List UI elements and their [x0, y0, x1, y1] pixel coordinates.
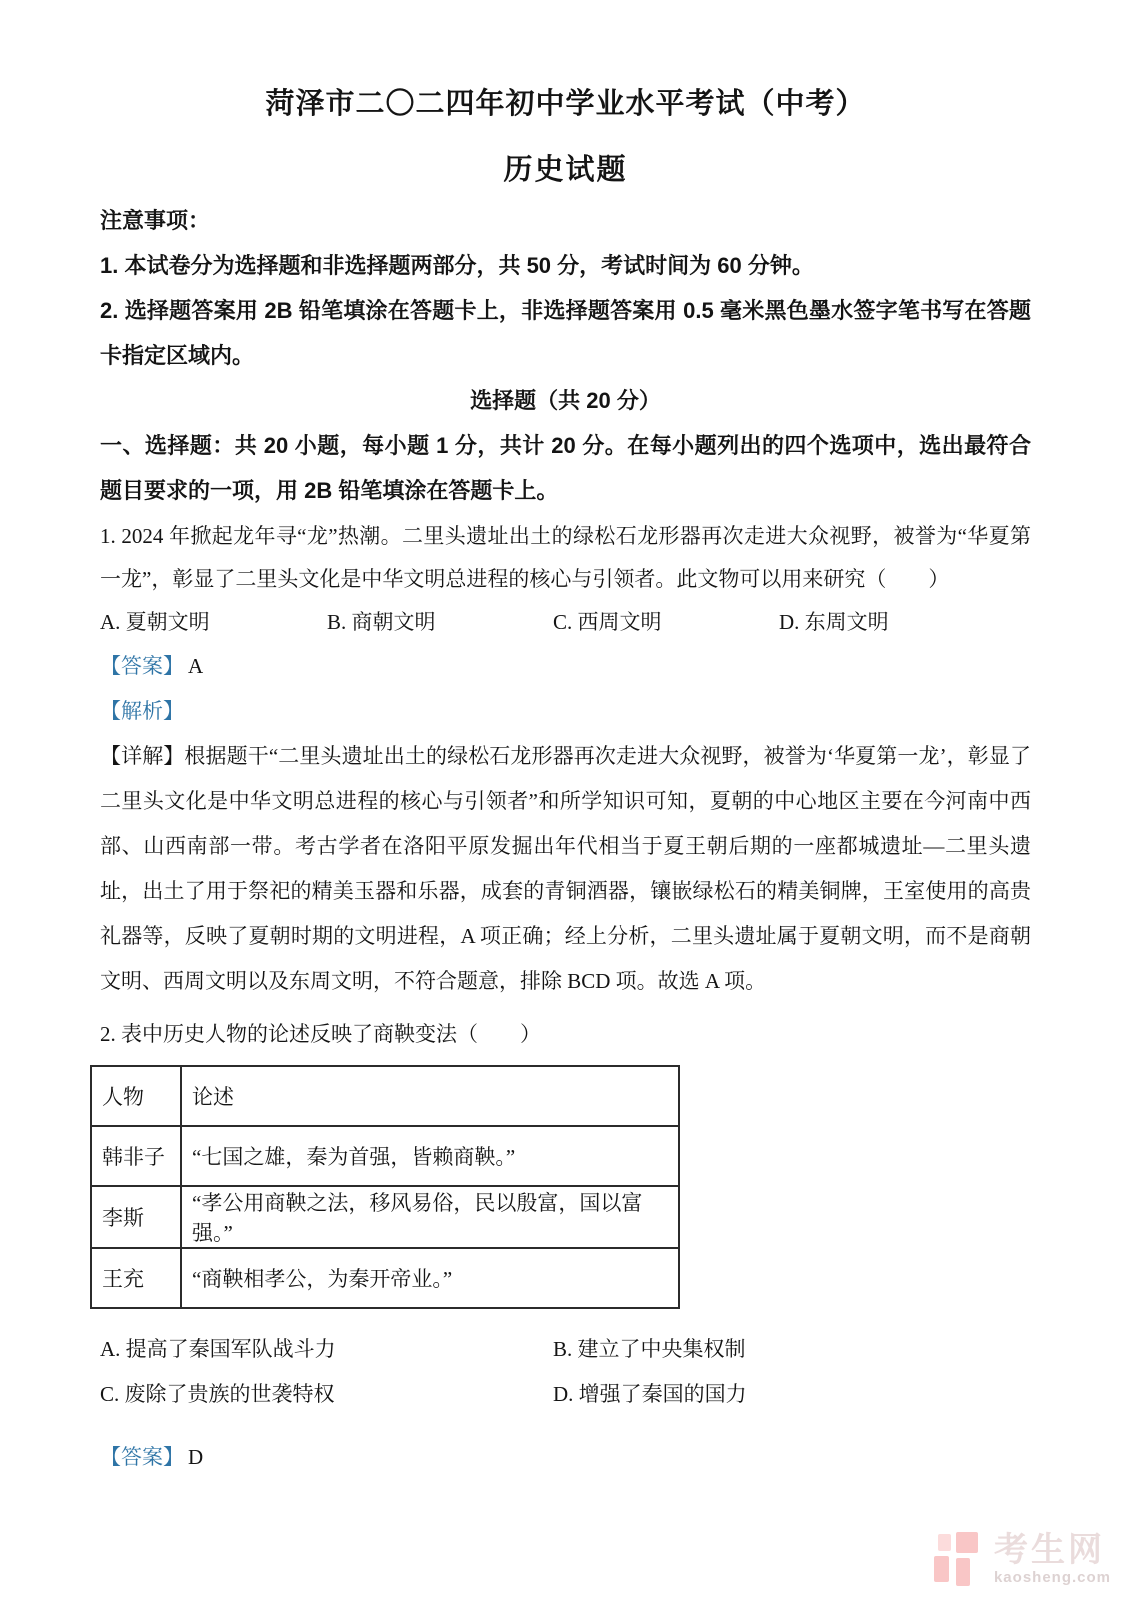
section-heading: 选择题（共 20 分）: [100, 378, 1031, 423]
question-1: 1. 2024 年掀起龙年寻“龙”热潮。二里头遗址出土的绿松石龙形器再次走进大众…: [100, 515, 1031, 1004]
table-row: 韩非子 “七国之雄，秦为首强，皆赖商鞅。”: [91, 1126, 679, 1186]
notice-item-2: 2. 选择题答案用 2B 铅笔填涂在答题卡上，非选择题答案用 0.5 毫米黑色墨…: [100, 288, 1031, 378]
table-cell-statement: “商鞅相孝公，为秦开帝业。”: [181, 1248, 679, 1308]
document-content: 菏泽市二〇二四年初中学业水平考试（中考） 历史试题 注意事项： 1. 本试卷分为…: [0, 0, 1131, 1480]
watermark-site-domain: kaosheng.com: [994, 1570, 1111, 1586]
notice-item-1: 1. 本试卷分为选择题和非选择题两部分，共 50 分，考试时间为 60 分钟。: [100, 243, 1031, 288]
site-watermark: 考生网 kaosheng.com: [934, 1532, 1111, 1586]
notice-heading: 注意事项：: [100, 198, 1031, 243]
exam-document-page: 菏泽市二〇二四年初中学业水平考试（中考） 历史试题 注意事项： 1. 本试卷分为…: [0, 0, 1131, 1600]
table-header-person: 人物: [91, 1066, 181, 1126]
table-row: 王充 “商鞅相孝公，为秦开帝业。”: [91, 1248, 679, 1308]
detail-tag: 【详解】: [100, 744, 184, 768]
exam-title: 菏泽市二〇二四年初中学业水平考试（中考）: [100, 86, 1031, 122]
question-2-option-d: D. 增强了秦国的国力: [553, 1372, 1031, 1417]
exam-subtitle: 历史试题: [100, 152, 1031, 188]
question-2-option-a: A. 提高了秦国军队战斗力: [100, 1327, 553, 1372]
question-1-options: A. 夏朝文明 B. 商朝文明 C. 西周文明 D. 东周文明: [100, 601, 1031, 644]
question-2: 2. 表中历史人物的论述反映了商鞅变法（ ） 人物 论述 韩非子 “七国之雄，秦…: [100, 1012, 1031, 1480]
question-1-option-c: C. 西周文明: [553, 601, 779, 644]
table-cell-person: 韩非子: [91, 1126, 181, 1186]
question-1-option-a: A. 夏朝文明: [100, 601, 327, 644]
table-header-statement: 论述: [181, 1066, 679, 1126]
question-1-analysis-line: 【解析】: [100, 689, 1031, 734]
watermark-site-name: 考生网: [994, 1532, 1111, 1568]
table-cell-statement: “孝公用商鞅之法，移风易俗，民以殷富，国以富强。”: [181, 1186, 679, 1248]
table-cell-person: 李斯: [91, 1186, 181, 1248]
question-1-answer: A: [188, 654, 203, 678]
table-row: 李斯 “孝公用商鞅之法，移风易俗，民以殷富，国以富强。”: [91, 1186, 679, 1248]
table-cell-person: 王充: [91, 1248, 181, 1308]
question-1-detail: 【详解】根据题干“二里头遗址出土的绿松石龙形器再次走进大众视野，被誉为‘华夏第一…: [100, 734, 1031, 1004]
question-2-answer-line: 【答案】D: [100, 1435, 1031, 1480]
analysis-tag: 【解析】: [100, 699, 184, 723]
kaosheng-logo-icon: [934, 1532, 982, 1586]
answer-tag: 【答案】: [100, 1445, 184, 1469]
table-cell-statement: “七国之雄，秦为首强，皆赖商鞅。”: [181, 1126, 679, 1186]
table-header-row: 人物 论述: [91, 1066, 679, 1126]
question-2-option-c: C. 废除了贵族的世袭特权: [100, 1372, 553, 1417]
question-1-detail-text: 根据题干“二里头遗址出土的绿松石龙形器再次走进大众视野，被誉为‘华夏第一龙’，彰…: [100, 744, 1031, 993]
question-2-answer: D: [188, 1445, 203, 1469]
question-2-options: A. 提高了秦国军队战斗力 B. 建立了中央集权制 C. 废除了贵族的世袭特权 …: [100, 1327, 1031, 1417]
question-2-option-b: B. 建立了中央集权制: [553, 1327, 1031, 1372]
question-2-table: 人物 论述 韩非子 “七国之雄，秦为首强，皆赖商鞅。” 李斯 “孝公用商鞅之法，…: [90, 1065, 680, 1309]
question-1-option-b: B. 商朝文明: [327, 601, 553, 644]
question-1-stem: 1. 2024 年掀起龙年寻“龙”热潮。二里头遗址出土的绿松石龙形器再次走进大众…: [100, 515, 1031, 601]
answer-tag: 【答案】: [100, 654, 184, 678]
question-1-option-d: D. 东周文明: [779, 601, 1031, 644]
question-2-stem: 2. 表中历史人物的论述反映了商鞅变法（ ）: [100, 1012, 1031, 1057]
section-instruction: 一、选择题：共 20 小题，每小题 1 分，共计 20 分。在每小题列出的四个选…: [100, 423, 1031, 513]
question-1-answer-line: 【答案】A: [100, 644, 1031, 689]
